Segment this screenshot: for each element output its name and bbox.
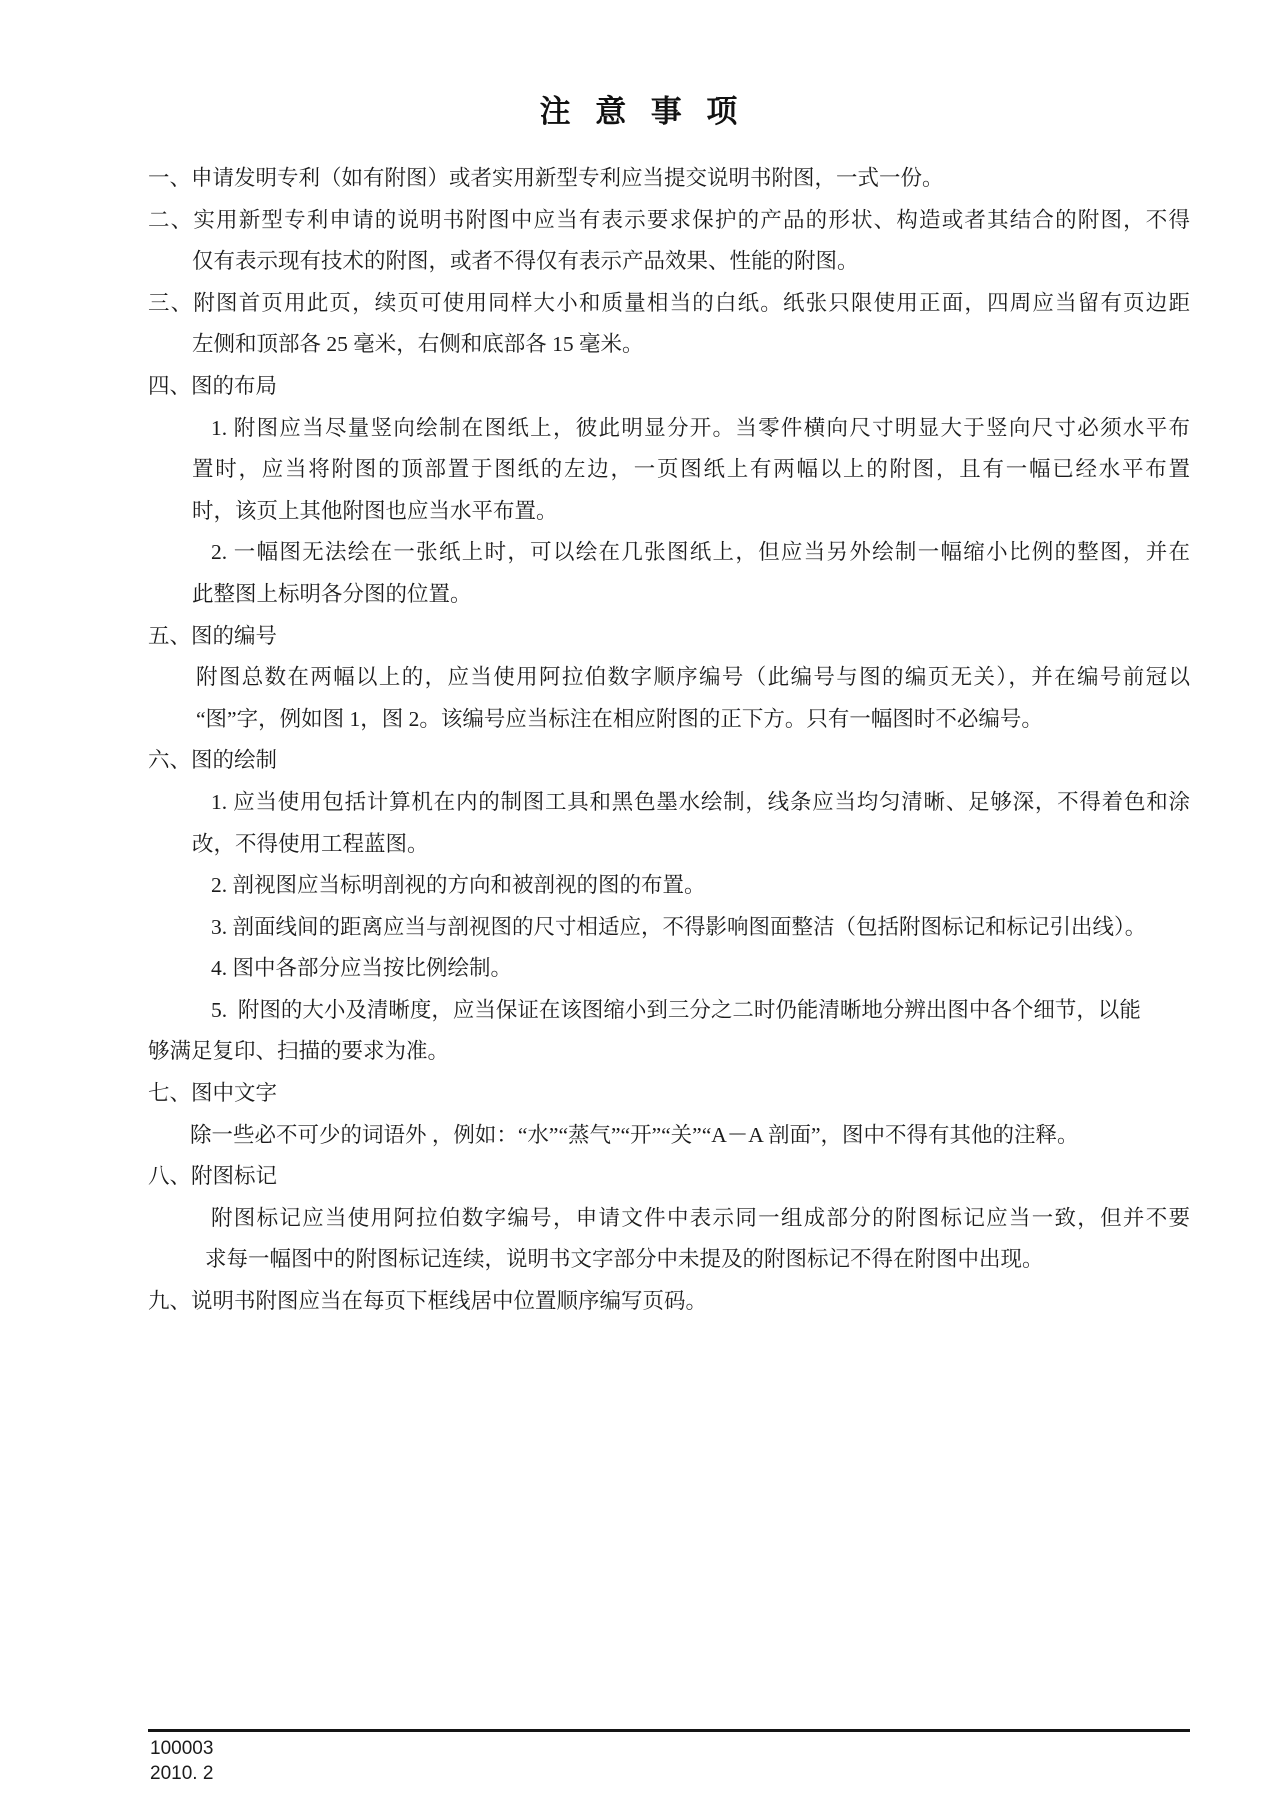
text-line: 六、图的绘制 bbox=[0, 740, 1280, 782]
text-line: 此整图上标明各分图的位置。 bbox=[0, 574, 1280, 616]
text-line: 置时，应当将附图的顶部置于图纸的左边，一页图纸上有两幅以上的附图，且有一幅已经水… bbox=[0, 449, 1280, 491]
text-line: 4. 图中各部分应当按比例绘制。 bbox=[0, 948, 1280, 990]
text-line: 一、申请发明专利（如有附图）或者实用新型专利应当提交说明书附图，一式一份。 bbox=[0, 158, 1280, 200]
text-line: 时，该页上其他附图也应当水平布置。 bbox=[0, 491, 1280, 533]
text-line: 二、实用新型专利申请的说明书附图中应当有表示要求保护的产品的形状、构造或者其结合… bbox=[0, 200, 1280, 242]
text-line: 2. 一幅图无法绘在一张纸上时，可以绘在几张图纸上，但应当另外绘制一幅缩小比例的… bbox=[0, 532, 1280, 574]
text-line: 左侧和顶部各 25 毫米，右侧和底部各 15 毫米。 bbox=[0, 324, 1280, 366]
text-line: 八、附图标记 bbox=[0, 1156, 1280, 1198]
footer-rule bbox=[148, 1729, 1190, 1732]
notice-page: 注 意 事 项 一、申请发明专利（如有附图）或者实用新型专利应当提交说明书附图，… bbox=[0, 0, 1280, 1810]
document-body: 一、申请发明专利（如有附图）或者实用新型专利应当提交说明书附图，一式一份。 二、… bbox=[0, 158, 1280, 1323]
text-line: 四、图的布局 bbox=[0, 366, 1280, 408]
text-line: 3. 剖面线间的距离应当与剖视图的尺寸相适应，不得影响图面整洁（包括附图标记和标… bbox=[0, 907, 1280, 949]
text-line: 三、附图首页用此页，续页可使用同样大小和质量相当的白纸。纸张只限使用正面，四周应… bbox=[0, 283, 1280, 325]
text-line: 1. 应当使用包括计算机在内的制图工具和黑色墨水绘制，线条应当均匀清晰、足够深，… bbox=[0, 782, 1280, 824]
text-line: 改，不得使用工程蓝图。 bbox=[0, 824, 1280, 866]
text-line: 2. 剖视图应当标明剖视的方向和被剖视的图的布置。 bbox=[0, 865, 1280, 907]
text-line: 九、说明书附图应当在每页下框线居中位置顺序编写页码。 bbox=[0, 1281, 1280, 1323]
page-title: 注 意 事 项 bbox=[0, 86, 1280, 131]
text-line: 五、图的编号 bbox=[0, 616, 1280, 658]
page-footer: 100003 2010. 2 bbox=[150, 1736, 213, 1786]
text-line: 够满足复印、扫描的要求为准。 bbox=[0, 1031, 1280, 1073]
text-line: 附图总数在两幅以上的，应当使用阿拉伯数字顺序编号（此编号与图的编页无关），并在编… bbox=[0, 657, 1280, 699]
text-line: 除一些必不可少的词语外 ，例如：“水”“蒸气”“开”“关”“A－A 剖面”，图中… bbox=[0, 1115, 1280, 1157]
text-line: 1. 附图应当尽量竖向绘制在图纸上，彼此明显分开。当零件横向尺寸明显大于竖向尺寸… bbox=[0, 408, 1280, 450]
text-line: 附图标记应当使用阿拉伯数字编号，申请文件中表示同一组成部分的附图标记应当一致，但… bbox=[0, 1198, 1280, 1240]
form-code: 100003 bbox=[150, 1736, 213, 1761]
text-line: 5. 附图的大小及清晰度，应当保证在该图缩小到三分之二时仍能清晰地分辨出图中各个… bbox=[0, 990, 1280, 1032]
text-line: 求每一幅图中的附图标记连续，说明书文字部分中未提及的附图标记不得在附图中出现。 bbox=[0, 1239, 1280, 1281]
text-line: “图”字，例如图 1，图 2。该编号应当标注在相应附图的正下方。只有一幅图时不必… bbox=[0, 699, 1280, 741]
text-line: 七、图中文字 bbox=[0, 1073, 1280, 1115]
form-date: 2010. 2 bbox=[150, 1761, 213, 1786]
text-line: 仅有表示现有技术的附图，或者不得仅有表示产品效果、性能的附图。 bbox=[0, 241, 1280, 283]
